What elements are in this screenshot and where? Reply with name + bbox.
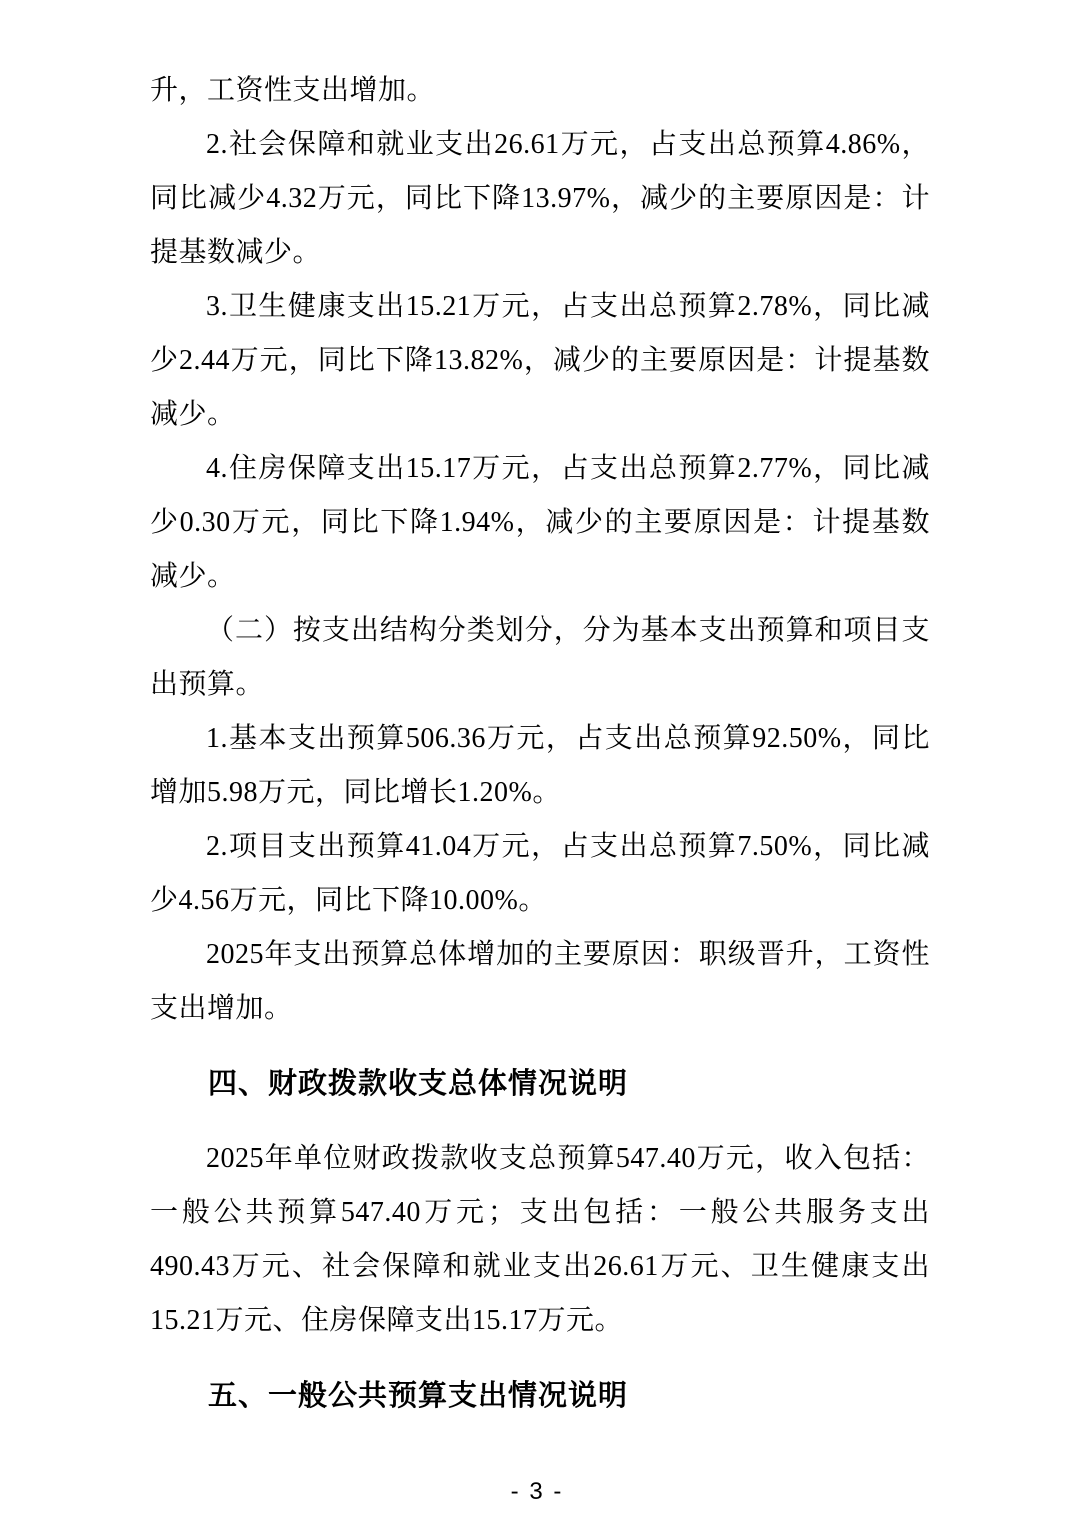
document-body: 升，工资性支出增加。2.社会保障和就业支出26.61万元，占支出总预算4.86%…	[150, 64, 930, 1444]
paragraph: 2.社会保障和就业支出26.61万元，占支出总预算4.86%，同比减少4.32万…	[150, 118, 930, 280]
section-heading: 五、一般公共预算支出情况说明	[150, 1369, 930, 1423]
paragraph: 1.基本支出预算506.36万元，占支出总预算92.50%，同比增加5.98万元…	[150, 712, 930, 820]
paragraph: 2025年支出预算总体增加的主要原因：职级晋升，工资性支出增加。	[150, 928, 930, 1036]
paragraph: 2025年单位财政拨款收支总预算547.40万元，收入包括：一般公共预算547.…	[150, 1132, 930, 1348]
paragraph: 2.项目支出预算41.04万元，占支出总预算7.50%，同比减少4.56万元，同…	[150, 820, 930, 928]
page-number: - 3 -	[511, 1478, 564, 1505]
page-footer: - 3 -	[0, 1478, 1074, 1506]
paragraph: 4.住房保障支出15.17万元，占支出总预算2.77%，同比减少0.30万元，同…	[150, 442, 930, 604]
paragraph: 3.卫生健康支出15.21万元，占支出总预算2.78%，同比减少2.44万元，同…	[150, 280, 930, 442]
paragraph: 升，工资性支出增加。	[150, 64, 930, 118]
document-page: 升，工资性支出增加。2.社会保障和就业支出26.61万元，占支出总预算4.86%…	[0, 0, 1074, 1520]
section-heading: 四、财政拨款收支总体情况说明	[150, 1057, 930, 1111]
paragraph: （二）按支出结构分类划分，分为基本支出预算和项目支出预算。	[150, 604, 930, 712]
